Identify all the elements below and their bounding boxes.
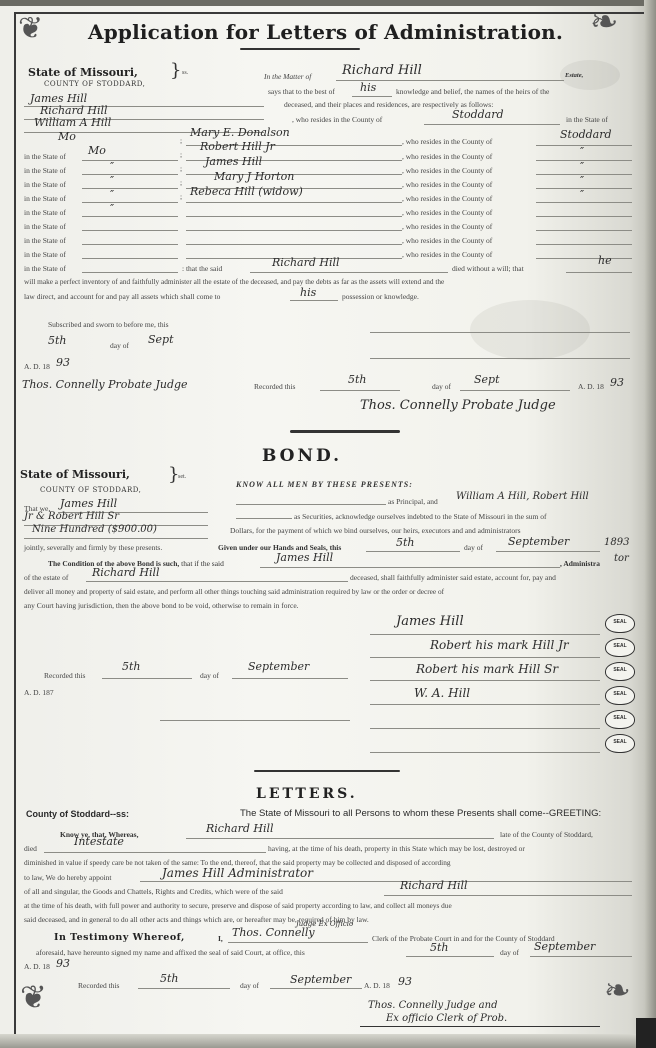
who-resides-label: , who resides in the County of (402, 152, 492, 161)
paper-stain (470, 300, 590, 360)
county-value: Stoddard (452, 108, 504, 121)
administra-label: , Administra (560, 559, 600, 568)
recorded-ad-label: A. D. 18 (578, 382, 604, 391)
heir-county: ″ (580, 145, 584, 158)
fill-line (232, 678, 348, 679)
testimony-day: 5th (430, 941, 449, 954)
fill-line (186, 838, 494, 839)
section-divider (254, 770, 400, 772)
died-label: died (24, 844, 37, 853)
fill-line (140, 881, 632, 882)
administra-suffix: tor (614, 553, 629, 564)
page-edge-shadow (644, 0, 656, 1048)
court-text: any Court having jurisdiction, then the … (24, 601, 299, 610)
signature-line (360, 1026, 600, 1027)
heir-state: ″ (110, 188, 114, 201)
heir-name: James Hill (205, 155, 262, 168)
fill-line (370, 332, 630, 333)
heir-state: Mo (58, 130, 76, 143)
died-without-will: died without a will; that (452, 264, 524, 273)
aforesaid-text: aforesaid, have hereunto signed my name … (36, 948, 305, 957)
pronoun-his: his (300, 286, 316, 299)
state-label: in the State of (24, 236, 66, 245)
letters-deceased-name: Richard Hill (206, 822, 274, 835)
to-law-text: to law, We do hereby appoint (24, 873, 112, 882)
deceased-name-2: Richard Hill (272, 256, 340, 269)
fill-line (352, 96, 392, 97)
recorded-month: Sept (474, 373, 500, 386)
letters-recorded-ad: A. D. 18 (364, 981, 390, 990)
who-resides-label: , who resides in the County of (402, 180, 492, 189)
letters-recorded-year: 93 (398, 975, 412, 988)
fill-line (260, 567, 560, 568)
applicant-3: William A Hill (34, 116, 111, 129)
greeting-text: The State of Missouri to all Persons to … (240, 808, 601, 819)
application-title: Application for Letters of Administratio… (88, 20, 563, 44)
knowledge-text: knowledge and belief, the names of the h… (396, 87, 549, 96)
corner-ornament-icon: ❦ (20, 982, 47, 1012)
bond-ad-label: A. D. 187 (24, 688, 54, 697)
state-label: in the State of (24, 166, 66, 175)
bond-county-label: COUNTY OF STODDARD, (40, 486, 141, 494)
fill-line (44, 852, 266, 853)
given-day: 5th (396, 536, 415, 549)
subscribed-day: 5th (48, 334, 67, 347)
day-of-label: day of (110, 341, 129, 350)
fill-line (82, 230, 178, 231)
jointly-text: jointly, severally and firmly by these p… (24, 543, 162, 552)
pronoun-he: he (598, 254, 612, 267)
heir-county: Stoddard (560, 128, 612, 141)
testimony-month: September (534, 940, 595, 953)
divider (240, 48, 360, 50)
fill-line (384, 895, 632, 896)
heir-county: ″ (580, 188, 584, 201)
signature-line (370, 704, 600, 705)
know-all-men: KNOW ALL MEN BY THESE PRESENTS: (236, 480, 413, 489)
fill-line (186, 230, 402, 231)
fill-line (82, 160, 178, 161)
heir-county: ″ (580, 160, 584, 173)
of-estate: of the estate of (24, 573, 68, 582)
letters-title: LETTERS. (256, 786, 358, 802)
day-of-label: day of (200, 671, 219, 680)
ss-label: ss. (182, 70, 188, 76)
fill-line (186, 244, 402, 245)
state-label: in the State of (24, 222, 66, 231)
dollars-text: Dollars, for the payment of which we bin… (230, 526, 521, 535)
signature-robert-hill-sr: Robert his mark Hill Sr (416, 662, 558, 676)
state-label: State of Missouri, (28, 66, 138, 79)
bond-recorded-label: Recorded this (44, 671, 85, 680)
state-label: in the State of (24, 264, 66, 273)
who-resides-label: , who resides in the County of (402, 236, 492, 245)
letters-recorded-month: September (290, 973, 351, 986)
document-sheet: ❦ ❧ ❦ ❧ Application for Letters of Admin… (0, 0, 656, 1048)
fill-line (536, 230, 632, 231)
seal-icon: SEAL (605, 734, 635, 753)
dark-corner (636, 1018, 656, 1048)
appointee: James Hill Administrator (162, 866, 313, 880)
fill-line (536, 244, 632, 245)
signature-wa-hill: W. A. Hill (414, 686, 470, 700)
possession-text: possession or knowledge. (342, 292, 419, 301)
recorded-year: 93 (610, 376, 624, 389)
bond-ss: set. (178, 474, 186, 480)
corner-ornament-icon: ❧ (590, 8, 619, 38)
law-direct-text: law direct, and account for and pay all … (24, 292, 220, 301)
recorded-label: Recorded this (254, 382, 295, 391)
heir-county: ″ (580, 174, 584, 187)
fill-line (102, 678, 192, 679)
fill-line (460, 390, 570, 391)
signature-line (370, 752, 600, 753)
brace-icon: } (170, 60, 181, 81)
signature-robert-hill-jr: Robert his mark Hill Jr (430, 638, 569, 652)
that-the-said: : that the said (182, 264, 222, 273)
late-of-text: late of the County of Stoddard, (500, 830, 593, 839)
state-label: in the State of (24, 180, 66, 189)
fill-line (536, 216, 632, 217)
section-divider (290, 430, 400, 433)
day-of-label: day of (240, 981, 259, 990)
securities-names: William A Hill, Robert Hill (456, 491, 589, 502)
state-label: in the State of (24, 208, 66, 217)
bond-title: BOND. (262, 446, 342, 466)
testimony-i: I, (218, 934, 223, 943)
ad-year: 93 (56, 356, 70, 369)
heir-name: Mary E. Donalson (190, 126, 290, 139)
fill-line (82, 202, 178, 203)
who-resides-label: , who resides in the County of (402, 208, 492, 217)
fill-line (366, 551, 460, 552)
heir-state: Mo (88, 144, 106, 157)
seal-icon: SEAL (605, 638, 635, 657)
fill-line (186, 216, 402, 217)
fill-line (496, 551, 600, 552)
fill-line (24, 538, 208, 539)
fill-line (566, 272, 632, 273)
fill-line (160, 720, 350, 721)
deliver-text: deliver all money and property of said e… (24, 587, 444, 596)
as-principal: as Principal, and (388, 497, 438, 506)
fill-line (82, 272, 178, 273)
subscribed-month: Sept (148, 333, 174, 346)
best-of-text: says that to the best of (268, 87, 335, 96)
fill-line (370, 358, 630, 359)
fill-line (290, 300, 338, 301)
judge-signature-2: Thos. Connelly Probate Judge (360, 398, 556, 413)
testimony-ad-label: A. D. 18 (24, 962, 50, 971)
fill-line (270, 988, 362, 989)
bond-recorded-day: 5th (122, 660, 141, 673)
fill-line (186, 202, 402, 203)
bond-recorded-month: September (248, 660, 309, 673)
who-resides-label: , who resides in the County of (402, 222, 492, 231)
corner-ornament-icon: ❦ (18, 14, 43, 44)
bond-sum: Nine Hundred ($900.00) (32, 524, 157, 535)
county-label: COUNTY OF STODDARD, (44, 80, 145, 88)
having-text: having, at the time of his death, proper… (268, 844, 525, 853)
estate-label: Estate, (565, 72, 583, 79)
fill-line (228, 942, 368, 943)
final-signature-line1: Thos. Connelly Judge and (368, 1000, 497, 1011)
final-signature-line2: Ex officio Clerk of Prob. (386, 1013, 507, 1024)
inventory-text: will make a perfect inventory of and fai… (24, 277, 444, 286)
seal-icon: SEAL (605, 710, 635, 729)
who-resides-label: , who resides in the County of (402, 137, 492, 146)
seal-icon: SEAL (605, 662, 635, 681)
clerk-text: Clerk of the Probate Court in and for th… (372, 934, 555, 943)
state-label: in the State of (24, 152, 66, 161)
day-of-label: day of (432, 382, 451, 391)
who-resides-label: , who resides in the County of (402, 250, 492, 259)
principal-name: James Hill (60, 497, 117, 510)
of-all-text: of all and singular, the Goods and Chatt… (24, 887, 283, 896)
deceased-name: Richard Hill (342, 63, 422, 78)
heir-state: ″ (110, 160, 114, 173)
semicolon: ; (180, 192, 182, 201)
fill-line (406, 956, 494, 957)
signature-line (370, 634, 600, 635)
letters-county-label: County of Stoddard--ss: (26, 809, 129, 819)
testimony-ad-year: 93 (56, 957, 70, 970)
signature-line (370, 680, 600, 681)
time-of-death-text: at the time of his death, with full powe… (24, 901, 452, 910)
fill-line (536, 258, 632, 259)
deceased-text: deceased, shall faithfully administer sa… (350, 573, 556, 582)
heir-name: Mary J Horton (214, 170, 294, 183)
recorded-day: 5th (348, 373, 367, 386)
heir-name: Rebeca Hill (widow) (190, 185, 303, 198)
fill-line (530, 956, 632, 957)
bond-state-label: State of Missouri, (20, 468, 130, 481)
fill-line (82, 174, 178, 175)
signature-line (370, 728, 600, 729)
signature-line (370, 657, 600, 658)
state-label: in the State of (24, 194, 66, 203)
fill-line (320, 390, 400, 391)
subscribed-text: Subscribed and sworn to before me, this (48, 320, 169, 329)
heir-name: Robert Hill Jr (200, 140, 275, 153)
seal-icon: SEAL (605, 686, 635, 705)
letters-recorded-label: Recorded this (78, 981, 119, 990)
semicolon: ; (180, 178, 182, 187)
fill-line (86, 581, 348, 582)
condition-b: that if the said (181, 559, 224, 568)
given-year: 1893 (604, 537, 629, 548)
top-edge (0, 0, 656, 6)
fill-line (250, 272, 448, 273)
fill-line (536, 202, 632, 203)
in-matter-label: In the Matter of (264, 72, 311, 81)
corner-ornament-icon: ❧ (604, 975, 631, 1005)
state-label: in the State of (24, 250, 66, 259)
fill-line (82, 258, 178, 259)
day-of-label: day of (500, 948, 519, 957)
fill-line (424, 124, 560, 125)
of-all-name: Richard Hill (400, 879, 468, 892)
semicolon: ; (180, 136, 182, 145)
semicolon: ; (180, 164, 182, 173)
day-of-label: day of (464, 543, 483, 552)
fill-line (236, 518, 292, 519)
ad-label: A. D. 18 (24, 362, 50, 371)
intestate: Intestate (74, 835, 124, 848)
testimony-label: In Testimony Whereof, (54, 932, 185, 943)
securities-line2: Jr & Robert Hill Sr (24, 511, 119, 522)
bottom-edge-shadow (0, 1034, 656, 1048)
fill-line (82, 188, 178, 189)
as-securities-text: as Securities, acknowledge ourselves ind… (294, 512, 546, 521)
signature-james-hill: James Hill (396, 614, 464, 629)
heir-state: ″ (110, 174, 114, 187)
judge-signature: Thos. Connelly Probate Judge (22, 378, 188, 391)
fill-line (236, 504, 386, 505)
clerk-note: Judge Ex Officio (296, 920, 353, 928)
pronoun: his (360, 81, 376, 94)
fill-line (82, 216, 178, 217)
who-resides-label: , who resides in the County of (292, 115, 382, 124)
seal-icon: SEAL (605, 614, 635, 633)
who-resides-label: , who resides in the County of (402, 166, 492, 175)
semicolon: ; (180, 150, 182, 159)
given-month: September (508, 535, 569, 548)
administrator-name: James Hill (276, 551, 333, 564)
in-state-label: in the State of (566, 115, 608, 124)
fill-line (138, 988, 230, 989)
estate-name: Richard Hill (92, 566, 160, 579)
fill-line (82, 244, 178, 245)
letters-recorded-day: 5th (160, 972, 179, 985)
heir-state: ″ (110, 202, 114, 215)
who-resides-label: , who resides in the County of (402, 194, 492, 203)
